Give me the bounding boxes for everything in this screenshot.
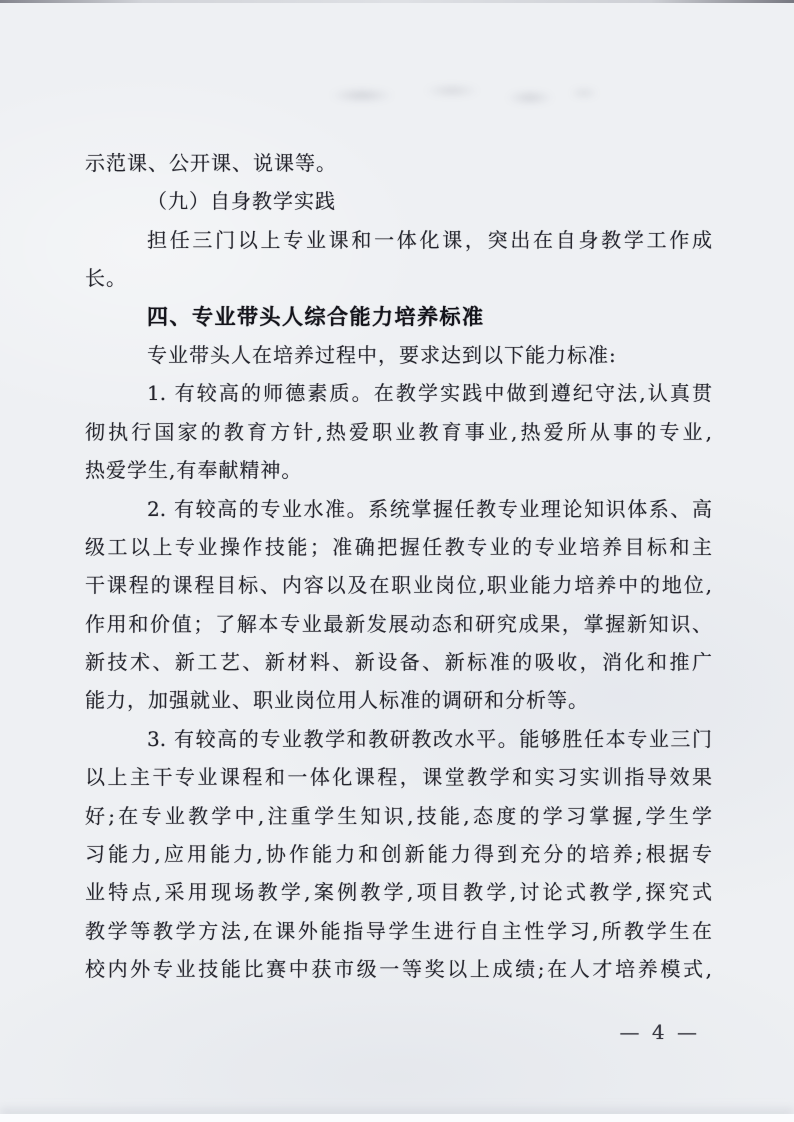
text-line: 校内外专业技能比赛中获市级一等奖以上成绩;在人才培养模式, <box>85 950 712 988</box>
text-line: 业特点,采用现场教学,案例教学,项目教学,讨论式教学,探究式 <box>85 873 712 911</box>
text-line: 热爱学生,有奉献精神。 <box>85 451 712 489</box>
page-number: — 4 — <box>620 1020 700 1044</box>
text-line: （九）自身教学实践 <box>85 182 712 220</box>
text-line: 以上主干专业课程和一体化课程，课堂教学和实习实训指导效果 <box>85 758 712 796</box>
text-line: 习能力,应用能力,协作能力和创新能力得到充分的培养;根据专 <box>85 835 712 873</box>
scan-top-edge <box>0 0 794 3</box>
section-heading: 四、专业带头人综合能力培养标准 <box>85 298 712 336</box>
text-line: 干课程的课程目标、内容以及在职业岗位,职业能力培养中的地位, <box>85 566 712 604</box>
text-line: 示范课、公开课、说课等。 <box>85 144 712 182</box>
bleed-through-ghost-text <box>308 70 608 116</box>
text-line: 担任三门以上专业课和一体化课，突出在自身教学工作成 <box>85 221 712 259</box>
text-line: 专业带头人在培养过程中，要求达到以下能力标准: <box>85 336 712 374</box>
text-line: 教学等教学方法,在课外能指导学生进行自主性学习,所教学生在 <box>85 912 712 950</box>
text-line: 彻执行国家的教育方针,热爱职业教育事业,热爱所从事的专业, <box>85 413 712 451</box>
document-page: 示范课、公开课、说课等。（九）自身教学实践担任三门以上专业课和一体化课，突出在自… <box>0 0 794 1122</box>
text-line: 3. 有较高的专业教学和教研教改水平。能够胜任本专业三门 <box>85 720 712 758</box>
text-line: 长。 <box>85 259 712 297</box>
scan-bottom-edge <box>0 1114 794 1122</box>
text-line: 1. 有较高的师德素质。在教学实践中做到遵纪守法,认真贯 <box>85 374 712 412</box>
text-line: 新技术、新工艺、新材料、新设备、新标准的吸收，消化和推广 <box>85 643 712 681</box>
document-body: 示范课、公开课、说课等。（九）自身教学实践担任三门以上专业课和一体化课，突出在自… <box>85 144 712 989</box>
text-line: 作用和价值；了解本专业最新发展动态和研究成果，掌握新知识、 <box>85 605 712 643</box>
text-line: 能力，加强就业、职业岗位用人标准的调研和分析等。 <box>85 681 712 719</box>
text-line: 2. 有较高的专业水准。系统掌握任教专业理论知识体系、高 <box>85 490 712 528</box>
text-line: 级工以上专业操作技能；准确把握任教专业的专业培养目标和主 <box>85 528 712 566</box>
text-line: 好;在专业教学中,注重学生知识,技能,态度的学习掌握,学生学 <box>85 797 712 835</box>
